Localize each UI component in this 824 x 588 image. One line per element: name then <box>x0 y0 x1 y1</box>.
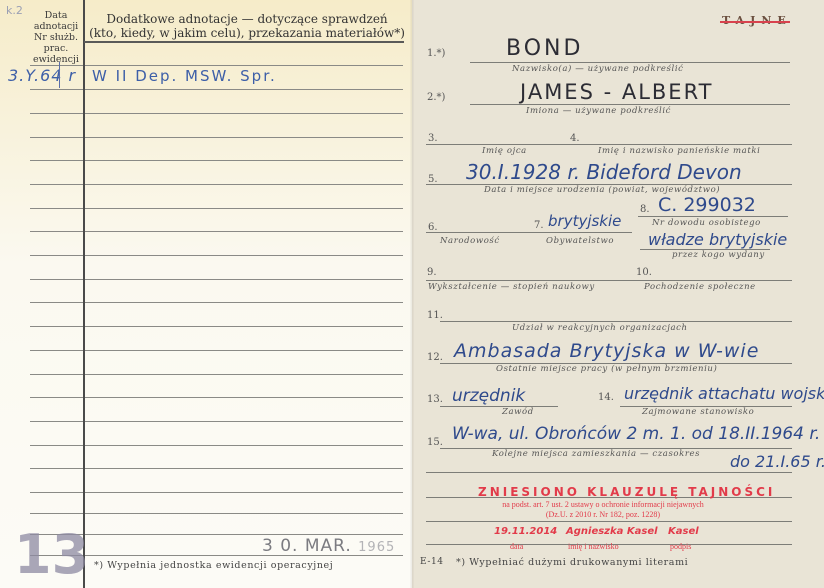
label-signature: podpis <box>670 542 691 551</box>
field-4-number: 4. <box>570 133 580 144</box>
field-8-caption: Nr dowodu osobistego <box>652 218 761 228</box>
rule <box>85 421 403 422</box>
field-1-caption: Nazwisko(a) — używane podkreślić <box>512 64 684 74</box>
field-12-number: 12. <box>427 352 443 363</box>
rule <box>85 208 403 209</box>
left-page: k.2 Data adnotacji Nr służb. prac. ewide… <box>0 0 412 588</box>
field-12-workplace: Ambasada Brytyjska w W-wie <box>454 340 759 362</box>
field-8-id-number: C. 299032 <box>658 194 756 216</box>
header-rule <box>84 41 404 43</box>
rule <box>85 302 403 303</box>
field-12-caption: Ostatnie miejsce pracy (w pełnym brzmien… <box>496 364 717 374</box>
field-15-residence: W-wa, ul. Obrońców 2 m. 1. od 18.II.1964… <box>452 424 820 444</box>
rule <box>30 89 83 90</box>
field-13-rule <box>440 406 558 407</box>
rule <box>85 374 403 375</box>
field-11-number: 11. <box>427 310 443 321</box>
rule <box>30 397 83 398</box>
rule <box>30 374 83 375</box>
received-date-stamp: 3 0. MAR. 1965 <box>262 536 395 556</box>
field-1-rule <box>470 62 790 63</box>
rule <box>30 350 83 351</box>
field-7-citizenship: brytyjskie <box>548 212 621 230</box>
registration-card: k.2 Data adnotacji Nr służb. prac. ewide… <box>0 0 824 588</box>
rule <box>85 492 403 493</box>
field-13-profession: urzędnik <box>452 386 525 406</box>
field-9-caption: Wykształcenie — stopień naukowy <box>428 282 595 292</box>
rule <box>30 255 83 256</box>
header-annotations: Dodatkowe adnotacje — dotyczące sprawdze… <box>88 12 406 40</box>
field-6-7-rule <box>426 232 632 233</box>
rule <box>85 534 403 535</box>
field-5-birth: 30.I.1928 r. Bideford Devon <box>466 160 742 184</box>
declassification-signature: Kasel <box>668 526 699 537</box>
header-annotations-line1: Dodatkowe adnotacje — dotyczące sprawdze… <box>88 12 406 26</box>
field-15-residence-until: do 21.I.65 r. <box>730 452 824 471</box>
field-14-number: 14. <box>598 392 614 403</box>
field-15-number: 15. <box>427 437 443 448</box>
rule <box>30 113 83 114</box>
rule <box>30 208 83 209</box>
page-number-stamp: 13 <box>14 528 89 582</box>
left-footnote: *) Wypełnia jednostka ewidencji operacyj… <box>94 560 333 571</box>
rule <box>85 468 403 469</box>
field-2-number: 2.*) <box>427 92 445 103</box>
rule <box>85 255 403 256</box>
field-11-caption: Udział w reakcyjnych organizacjach <box>512 323 688 333</box>
rule <box>30 445 83 446</box>
field-3-number: 3. <box>428 133 438 144</box>
rule <box>30 279 83 280</box>
rule <box>30 468 83 469</box>
field-6-caption: Narodowość <box>440 236 500 246</box>
rule <box>30 421 83 422</box>
field-2-given-names: JAMES - ALBERT <box>520 80 713 104</box>
field-14-caption: Zajmowane stanowisko <box>642 407 754 417</box>
header-annotations-line2: (kto, kiedy, w jakim celu), przekazania … <box>88 26 406 40</box>
declassification-stamp-title: ZNIESIONO KLAUZULĘ TAJNOŚCI <box>478 485 728 499</box>
declassification-officer-name: Agnieszka Kasel <box>566 526 658 537</box>
field-1-number: 1.*) <box>427 48 445 59</box>
field-8-rule <box>638 216 788 217</box>
rule <box>30 184 83 185</box>
rule <box>85 279 403 280</box>
rule <box>85 65 403 66</box>
field-7-number: 7. <box>534 220 544 231</box>
rule <box>85 350 403 351</box>
rule <box>30 137 83 138</box>
field-10-number: 10. <box>636 267 652 278</box>
field-14-position: urzędnik attachatu wojsk. <box>624 384 824 403</box>
rule <box>85 89 403 90</box>
field-9-number: 9. <box>427 267 437 278</box>
rule <box>30 231 83 232</box>
rule <box>30 160 83 161</box>
declassification-stamp-law: (Dz.U. z 2010 r. Nr 182, poz. 1228) <box>478 510 728 519</box>
rule <box>426 521 792 522</box>
header-date-column: Data adnotacji Nr służb. prac. ewidencji <box>30 10 82 65</box>
stamp-year: 1965 <box>358 540 395 555</box>
label-name: imię i nazwisko <box>568 542 619 551</box>
classification-mark: TAJNE <box>722 14 792 27</box>
entry-annotation: W II Dep. MSW. Spr. <box>92 67 277 85</box>
pencil-mark: k.2 <box>6 4 23 17</box>
rule <box>30 326 83 327</box>
field-8-number: 8. <box>640 204 650 215</box>
field-3-caption: Imię ojca <box>482 146 527 156</box>
stamp-day-month: 3 0. MAR. <box>262 536 352 556</box>
rule <box>85 184 403 185</box>
field-3-4-rule <box>426 144 792 145</box>
rule <box>85 445 403 446</box>
rule <box>85 326 403 327</box>
rule <box>85 231 403 232</box>
field-8-issued-by: władze brytyjskie <box>648 230 787 249</box>
field-1-surname: BOND <box>506 36 583 61</box>
right-footnote: *) Wypełniać dużymi drukowanymi literami <box>456 557 688 568</box>
entry-date: 3.Y.64 r <box>8 66 76 85</box>
rule <box>85 160 403 161</box>
rule <box>85 137 403 138</box>
residence-rule-2 <box>426 472 792 473</box>
field-13-number: 13. <box>427 394 443 405</box>
declassification-stamp-basis: na podst. art. 7 ust. 2 ustawy o ochroni… <box>478 500 728 509</box>
field-9-10-rule <box>426 280 792 281</box>
field-2-rule <box>470 104 790 105</box>
field-13-caption: Zawód <box>502 407 534 417</box>
field-15-caption: Kolejne miejsca zamieszkania — czasokres <box>492 449 700 459</box>
rule <box>85 397 403 398</box>
form-code: E-14 <box>420 557 444 567</box>
declassification-date: 19.11.2014 <box>494 526 557 537</box>
rule <box>30 513 83 514</box>
rule <box>85 513 403 514</box>
field-11-rule <box>440 321 792 322</box>
rule <box>30 492 83 493</box>
entry-date-separator <box>59 62 60 88</box>
label-date: data <box>510 542 523 551</box>
field-10-caption: Pochodzenie społeczne <box>644 282 756 292</box>
field-2-caption: Imiona — używane podkreślić <box>526 106 671 116</box>
rule <box>85 113 403 114</box>
issued-by-caption: przez kogo wydany <box>672 250 765 260</box>
rule <box>30 302 83 303</box>
field-7-caption: Obywatelstwo <box>546 236 614 246</box>
card-fold <box>410 0 414 588</box>
field-4-caption: Imię i nazwisko panieńskie matki <box>598 146 760 156</box>
